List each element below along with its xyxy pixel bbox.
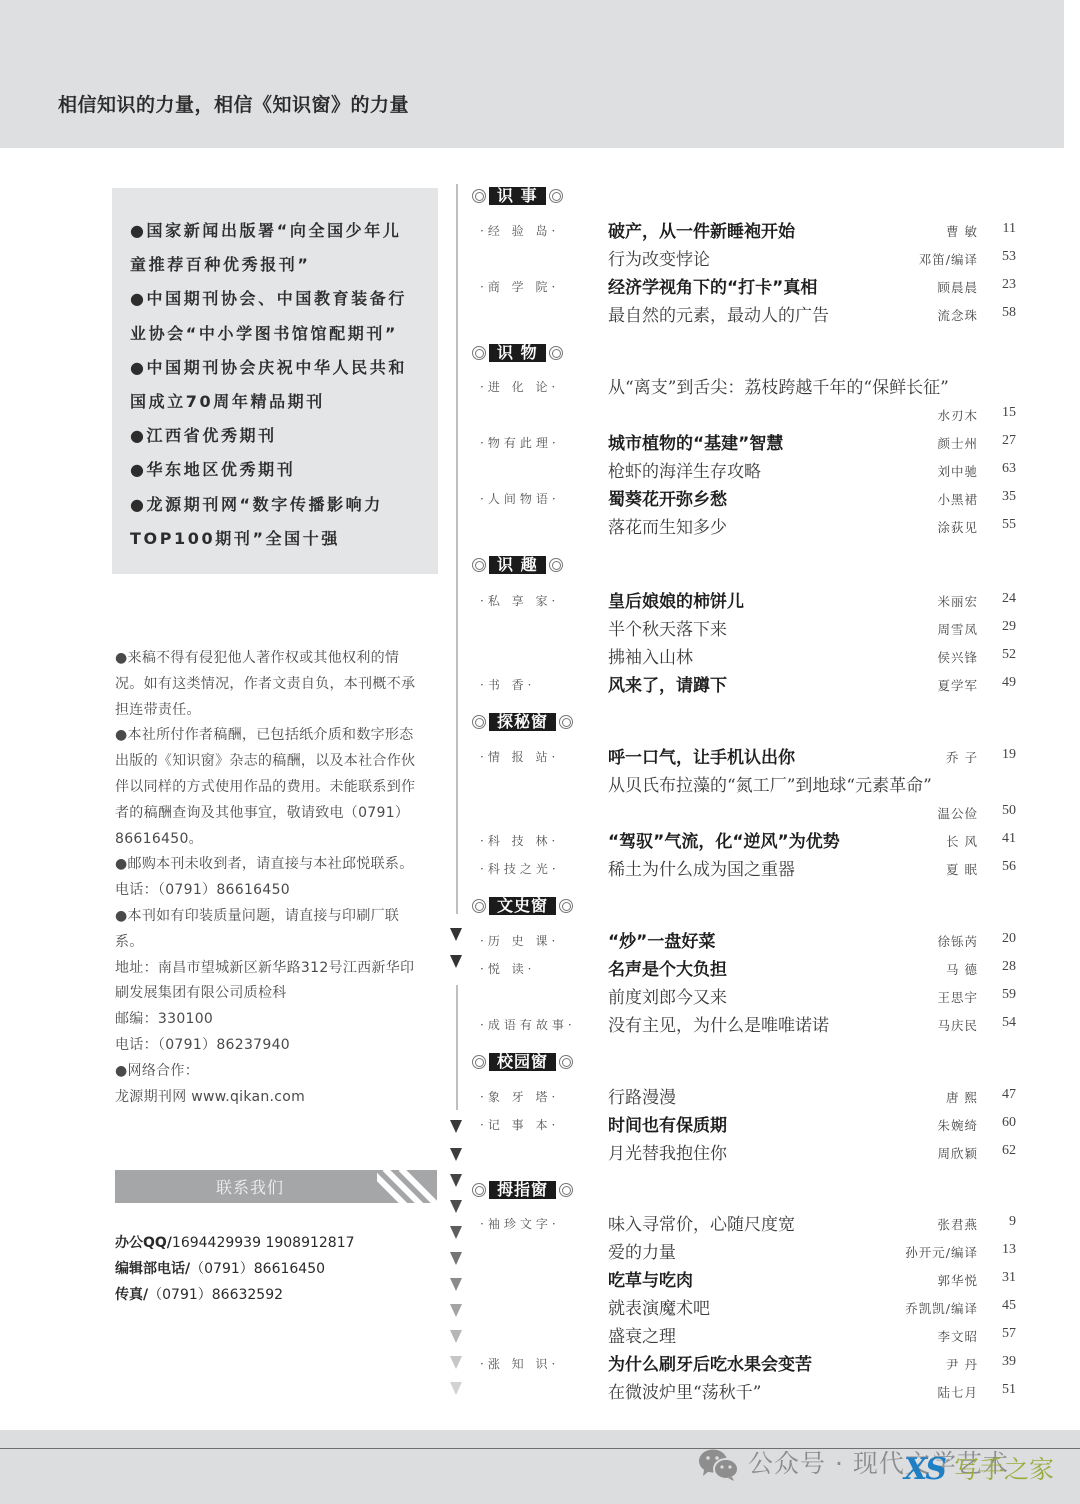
double-circle-icon — [559, 1055, 573, 1069]
contact-info: 办公QQ/1694429939 1908912817编辑部电话/（0791）86… — [115, 1230, 355, 1308]
article-title: “炒”一盘好菜 — [608, 927, 715, 952]
honor-line: 业协会“中小学图书馆馆配期刊” — [130, 317, 420, 351]
article-author: 朱婉绮 — [937, 1116, 978, 1134]
toc-entry[interactable]: 最自然的元素，最动人的广告流念珠58 — [470, 300, 1030, 328]
section-heading: 文史窗 — [472, 896, 573, 916]
notice-line: 刷发展集团有限公司质检科 — [115, 981, 437, 1007]
contact-heading-bar: 联系我们 — [115, 1170, 437, 1203]
toc-entry[interactable]: ·人间物语·蜀葵花开弥乡愁小黑裙35 — [470, 484, 1030, 512]
triangle-down-icon — [450, 928, 462, 941]
notice-line: 伴以同样的方式使用作品的费用。未能联系到作 — [115, 775, 437, 801]
triangle-down-icon — [450, 1120, 462, 1133]
page-number: 55 — [994, 517, 1016, 533]
article-author: 侯兴锋 — [937, 648, 978, 666]
article-title: 从贝氏布拉藻的“氮工厂”到地球“元素革命” — [608, 771, 932, 796]
column-label: ·袖珍文字· — [480, 1215, 560, 1232]
toc-entry[interactable]: 半个秋天落下来周雪凤29 — [470, 614, 1030, 642]
toc-entry[interactable]: 吃草与吃肉郭华悦31 — [470, 1265, 1030, 1293]
notice-line: ●来稿不得有侵犯他人著作权或其他权利的情 — [115, 646, 437, 672]
article-title: 经济学视角下的“打卡”真相 — [608, 273, 817, 298]
article-author: 张君燕 — [937, 1215, 978, 1233]
page-number: 52 — [994, 647, 1016, 663]
article-author: 邓笛/编译 — [919, 250, 978, 268]
column-label: ·科技之光· — [480, 860, 560, 877]
page-number: 19 — [994, 747, 1016, 763]
section-heading: 识 物 — [472, 343, 563, 363]
column-label: ·涨 知 识· — [480, 1355, 559, 1372]
toc-entry[interactable]: ·涨 知 识·为什么刷牙后吃水果会变苦尹 丹39 — [470, 1349, 1030, 1377]
page-number: 13 — [994, 1242, 1016, 1258]
article-author: 乔凯凯/编译 — [905, 1299, 978, 1317]
xs-logo: XS — [904, 1452, 945, 1487]
toc-entry[interactable]: 月光替我抱住你周欣颖62 — [470, 1138, 1030, 1166]
article-author: 夏 眠 — [946, 860, 978, 878]
section-title: 探秘窗 — [489, 713, 556, 731]
article-title: 从“离支”到舌尖：荔枝跨越千年的“保鲜长征” — [608, 373, 949, 398]
contact-value: （0791）86632592 — [148, 1287, 283, 1303]
toc-entry[interactable]: ·科技之光·稀土为什么成为国之重器夏 眠56 — [470, 854, 1030, 882]
article-author: 尹 丹 — [946, 1355, 978, 1373]
double-circle-icon — [472, 715, 486, 729]
article-title: 月光替我抱住你 — [608, 1139, 727, 1164]
slogan: 相信知识的力量，相信《知识窗》的力量 — [58, 90, 409, 117]
triangle-down-icon — [450, 1174, 462, 1187]
page-number: 59 — [994, 987, 1016, 1003]
column-label: ·象 牙 塔· — [480, 1088, 559, 1105]
article-author: 流念珠 — [937, 306, 978, 324]
page-number: 31 — [994, 1270, 1016, 1286]
article-title: 最自然的元素，最动人的广告 — [608, 301, 829, 326]
honor-line: 童推荐百种优秀报刊” — [130, 248, 420, 282]
contact-value: 1694429939 1908912817 — [172, 1235, 355, 1251]
page-number: 29 — [994, 619, 1016, 635]
notice-line: 况。如有这类情况，作者文责自负，本刊概不承 — [115, 672, 437, 698]
notice-line: 系。 — [115, 930, 437, 956]
double-circle-icon — [559, 715, 573, 729]
toc-entry[interactable]: 爱的力量孙开元/编译13 — [470, 1237, 1030, 1265]
contact-heading: 联系我们 — [115, 1175, 385, 1198]
column-label: ·物有此理· — [480, 434, 560, 451]
article-title: 蜀葵花开弥乡愁 — [608, 485, 727, 510]
notice-line: 担连带责任。 — [115, 698, 437, 724]
stripes-decoration — [377, 1170, 437, 1203]
section-title: 校园窗 — [489, 1053, 556, 1071]
article-author: 徐铄芮 — [937, 932, 978, 950]
honor-line: ●江西省优秀期刊 — [130, 419, 420, 453]
wechat-icon — [698, 1448, 740, 1482]
page-number: 41 — [994, 831, 1016, 847]
article-title: 皇后娘娘的柿饼儿 — [608, 587, 744, 612]
notice-line: 者的稿酬查询及其他事宜，敬请致电（0791） — [115, 801, 437, 827]
toc-entry[interactable]: ·科 技 林·“驾驭”气流，化“逆风”为优势长 风41 — [470, 826, 1030, 854]
double-circle-icon — [472, 346, 486, 360]
section-title: 文史窗 — [489, 897, 556, 915]
double-circle-icon — [472, 1055, 486, 1069]
double-circle-icon — [472, 899, 486, 913]
page-number: 27 — [994, 433, 1016, 449]
column-label: ·记 事 本· — [480, 1116, 559, 1133]
toc-entry[interactable]: 从贝氏布拉藻的“氮工厂”到地球“元素革命” — [470, 770, 1030, 798]
page-number: 23 — [994, 277, 1016, 293]
article-title: 城市植物的“基建”智慧 — [608, 429, 783, 454]
article-author: 孙开元/编译 — [905, 1243, 978, 1261]
toc-entry[interactable]: ·经 验 岛·破产，从一件新睡袍开始曹 敏11 — [470, 216, 1030, 244]
toc-entry[interactable]: 行为改变悖论邓笛/编译53 — [470, 244, 1030, 272]
triangle-down-icon — [450, 955, 462, 968]
notice-line: 86616450。 — [115, 827, 437, 853]
section-title: 拇指窗 — [489, 1181, 556, 1199]
top-banner: 相信知识的力量，相信《知识窗》的力量 — [0, 0, 1064, 148]
toc-entry[interactable]: 水刃木15 — [470, 400, 1030, 428]
notice-line: 出版的《知识窗》杂志的稿酬，以及本社合作伙 — [115, 749, 437, 775]
double-circle-icon — [549, 558, 563, 572]
page-number: 62 — [994, 1143, 1016, 1159]
triangle-down-icon — [450, 1200, 462, 1213]
article-author: 马庆民 — [937, 1016, 978, 1034]
page-number: 45 — [994, 1298, 1016, 1314]
honor-line: ●国家新闻出版署“向全国少年儿 — [130, 214, 420, 248]
page-number: 9 — [994, 1214, 1016, 1230]
article-author: 涂荻见 — [937, 518, 978, 536]
honors-box: ●国家新闻出版署“向全国少年儿童推荐百种优秀报刊”●中国期刊协会、中国教育装备行… — [112, 188, 438, 574]
page-number: 53 — [994, 249, 1016, 265]
toc-entry[interactable]: ·象 牙 塔·行路漫漫唐 熙47 — [470, 1082, 1030, 1110]
article-author: 小黑裙 — [937, 490, 978, 508]
contact-value: （0791）86616450 — [190, 1261, 325, 1277]
page-number: 51 — [994, 1382, 1016, 1398]
double-circle-icon — [549, 346, 563, 360]
page-number: 15 — [994, 405, 1016, 421]
notice-line: ●本社所付作者稿酬，已包括纸介质和数字形态 — [115, 723, 437, 749]
article-title: 稀土为什么成为国之重器 — [608, 855, 795, 880]
section-heading: 识 事 — [472, 186, 563, 206]
honor-line: TOP100期刊”全国十强 — [130, 522, 420, 556]
double-circle-icon — [472, 1183, 486, 1197]
xs-logo-text: 写手之家 — [954, 1450, 1054, 1486]
article-author: 水刃木 — [937, 406, 978, 424]
triangle-down-icon — [450, 1356, 462, 1369]
section-heading: 探秘窗 — [472, 712, 573, 732]
article-title: 前度刘郎今又来 — [608, 983, 727, 1008]
page-number: 50 — [994, 803, 1016, 819]
notice-line: ●本刊如有印装质量问题，请直接与印刷厂联 — [115, 904, 437, 930]
notice-line: ●邮购本刊未收到者，请直接与本社邱悦联系。 — [115, 852, 437, 878]
toc-entry[interactable]: ·历 史 课·“炒”一盘好菜徐铄芮20 — [470, 926, 1030, 954]
triangle-down-icon — [450, 1226, 462, 1239]
article-author: 颜士州 — [937, 434, 978, 452]
page-number: 57 — [994, 1326, 1016, 1342]
contact-line: 传真/（0791）86632592 — [115, 1282, 355, 1308]
toc-entry[interactable]: ·书 香·风来了，请蹲下夏学军49 — [470, 670, 1030, 698]
article-author: 王思宇 — [937, 988, 978, 1006]
honor-line: ●中国期刊协会、中国教育装备行 — [130, 282, 420, 316]
toc-entry[interactable]: ·记 事 本·时间也有保质期朱婉绮60 — [470, 1110, 1030, 1138]
section-title: 识 物 — [489, 344, 546, 362]
article-title: “驾驭”气流，化“逆风”为优势 — [608, 827, 840, 852]
article-author: 温公俭 — [937, 804, 978, 822]
article-title: 吃草与吃肉 — [608, 1266, 693, 1291]
article-title: 行为改变悖论 — [608, 245, 710, 270]
page-number: 35 — [994, 489, 1016, 505]
article-title: 半个秋天落下来 — [608, 615, 727, 640]
toc-entry[interactable]: 前度刘郎今又来王思宇59 — [470, 982, 1030, 1010]
contact-label: 办公QQ/ — [115, 1235, 172, 1251]
toc-entry[interactable]: 盛衰之理李文昭57 — [470, 1321, 1030, 1349]
page-number: 60 — [994, 1115, 1016, 1131]
contact-label: 编辑部电话/ — [115, 1261, 190, 1277]
article-title: 为什么刷牙后吃水果会变苦 — [608, 1350, 812, 1375]
page-number: 24 — [994, 591, 1016, 607]
toc-entry[interactable]: ·私 享 家·皇后娘娘的柿饼儿米丽宏24 — [470, 586, 1030, 614]
page-number: 56 — [994, 859, 1016, 875]
article-title: 味入寻常价，心随尺度宽 — [608, 1210, 795, 1235]
double-circle-icon — [549, 189, 563, 203]
notice-line: ●网络合作： — [115, 1059, 437, 1085]
page-number: 63 — [994, 461, 1016, 477]
article-title: 没有主见，为什么是唯唯诺诺 — [608, 1011, 829, 1036]
article-author: 陆七月 — [937, 1383, 978, 1401]
honor-line: 国成立70周年精品期刊 — [130, 385, 420, 419]
page-number: 20 — [994, 931, 1016, 947]
article-author: 郭华悦 — [937, 1271, 978, 1289]
column-label: ·书 香· — [480, 676, 535, 693]
section-title: 识 趣 — [489, 556, 546, 574]
article-author: 唐 熙 — [946, 1088, 978, 1106]
article-title: 爱的力量 — [608, 1238, 676, 1263]
toc-entry[interactable]: ·物有此理·城市植物的“基建”智慧颜士州27 — [470, 428, 1030, 456]
double-circle-icon — [559, 1183, 573, 1197]
page-number: 39 — [994, 1354, 1016, 1370]
article-title: 行路漫漫 — [608, 1083, 676, 1108]
toc-entry[interactable]: ·成语有故事·没有主见，为什么是唯唯诺诺马庆民54 — [470, 1010, 1030, 1038]
column-label: ·商 学 院· — [480, 278, 559, 295]
toc-entry[interactable]: 枪虾的海洋生存攻略刘中驰63 — [470, 456, 1030, 484]
toc-entry[interactable]: ·袖珍文字·味入寻常价，心随尺度宽张君燕9 — [470, 1209, 1030, 1237]
section-heading: 拇指窗 — [472, 1180, 573, 1200]
notice-line: 电话：（0791）86237940 — [115, 1033, 437, 1059]
toc-entry[interactable]: 在微波炉里“荡秋千”陆七月51 — [470, 1377, 1030, 1405]
article-author: 长 风 — [946, 832, 978, 850]
divider-line-top — [456, 184, 458, 914]
contact-label: 传真/ — [115, 1287, 148, 1303]
article-title: 就表演魔术吧 — [608, 1294, 710, 1319]
article-title: 风来了，请蹲下 — [608, 671, 727, 696]
article-title: 拂袖入山林 — [608, 643, 693, 668]
article-title: 名声是个大负担 — [608, 955, 727, 980]
double-circle-icon — [559, 899, 573, 913]
honor-line: ●中国期刊协会庆祝中华人民共和 — [130, 351, 420, 385]
article-author: 周欣颖 — [937, 1144, 978, 1162]
contact-line: 编辑部电话/（0791）86616450 — [115, 1256, 355, 1282]
page-number: 28 — [994, 959, 1016, 975]
article-author: 刘中驰 — [937, 462, 978, 480]
column-label: ·历 史 课· — [480, 932, 559, 949]
column-label: ·悦 读· — [480, 960, 535, 977]
triangle-down-icon — [450, 1304, 462, 1317]
notice-text: ●来稿不得有侵犯他人著作权或其他权利的情况。如有这类情况，作者文责自负，本刊概不… — [115, 646, 437, 1110]
article-title: 枪虾的海洋生存攻略 — [608, 457, 761, 482]
notice-line: 电话：（0791）86616450 — [115, 878, 437, 904]
article-author: 米丽宏 — [937, 592, 978, 610]
triangle-down-icon — [450, 1382, 462, 1395]
article-title: 盛衰之理 — [608, 1322, 676, 1347]
page-number: 11 — [994, 221, 1016, 237]
page-number: 49 — [994, 675, 1016, 691]
toc-entry[interactable]: 就表演魔术吧乔凯凯/编译45 — [470, 1293, 1030, 1321]
toc-entry[interactable]: 温公俭50 — [470, 798, 1030, 826]
column-label: ·人间物语· — [480, 490, 560, 507]
page-number: 54 — [994, 1015, 1016, 1031]
triangle-down-icon — [450, 1148, 462, 1161]
divider-line-mid — [456, 985, 458, 1110]
page-number: 47 — [994, 1087, 1016, 1103]
article-title: 在微波炉里“荡秋千” — [608, 1378, 761, 1403]
contact-line: 办公QQ/1694429939 1908912817 — [115, 1230, 355, 1256]
toc-entry[interactable]: ·商 学 院·经济学视角下的“打卡”真相顾晨晨23 — [470, 272, 1030, 300]
article-author: 顾晨晨 — [937, 278, 978, 296]
article-title: 呼一口气，让手机认出你 — [608, 743, 795, 768]
column-label: ·情 报 站· — [480, 748, 559, 765]
triangle-down-icon — [450, 1252, 462, 1265]
column-label: ·经 验 岛· — [480, 222, 559, 239]
double-circle-icon — [472, 189, 486, 203]
notice-line: 地址：南昌市望城新区新华路312号江西新华印 — [115, 956, 437, 982]
article-author: 曹 敏 — [946, 222, 978, 240]
toc-entry[interactable]: ·进 化 论·从“离支”到舌尖：荔枝跨越千年的“保鲜长征” — [470, 372, 1030, 400]
section-heading: 识 趣 — [472, 555, 563, 575]
article-author: 乔 子 — [946, 748, 978, 766]
column-label: ·进 化 论· — [480, 378, 559, 395]
article-author: 周雪凤 — [937, 620, 978, 638]
column-label: ·私 享 家· — [480, 592, 559, 609]
section-heading: 校园窗 — [472, 1052, 573, 1072]
column-label: ·科 技 林· — [480, 832, 559, 849]
honor-line: ●龙源期刊网“数字传播影响力 — [130, 488, 420, 522]
toc-entry[interactable]: ·悦 读·名声是个大负担马 德28 — [470, 954, 1030, 982]
column-label: ·成语有故事· — [480, 1016, 576, 1033]
section-title: 识 事 — [489, 187, 546, 205]
double-circle-icon — [472, 558, 486, 572]
toc-entry[interactable]: ·情 报 站·呼一口气，让手机认出你乔 子19 — [470, 742, 1030, 770]
article-author: 马 德 — [946, 960, 978, 978]
triangle-down-icon — [450, 1278, 462, 1291]
article-title: 落花而生知多少 — [608, 513, 727, 538]
page-number: 58 — [994, 305, 1016, 321]
article-title: 时间也有保质期 — [608, 1111, 727, 1136]
article-title: 破产，从一件新睡袍开始 — [608, 217, 795, 242]
toc-entry[interactable]: 落花而生知多少涂荻见55 — [470, 512, 1030, 540]
article-author: 李文昭 — [937, 1327, 978, 1345]
honor-line: ●华东地区优秀期刊 — [130, 453, 420, 487]
triangle-down-icon — [450, 1330, 462, 1343]
toc-entry[interactable]: 拂袖入山林侯兴锋52 — [470, 642, 1030, 670]
notice-line: 邮编：330100 — [115, 1007, 437, 1033]
notice-line: 龙源期刊网 www.qikan.com — [115, 1085, 437, 1111]
article-author: 夏学军 — [937, 676, 978, 694]
